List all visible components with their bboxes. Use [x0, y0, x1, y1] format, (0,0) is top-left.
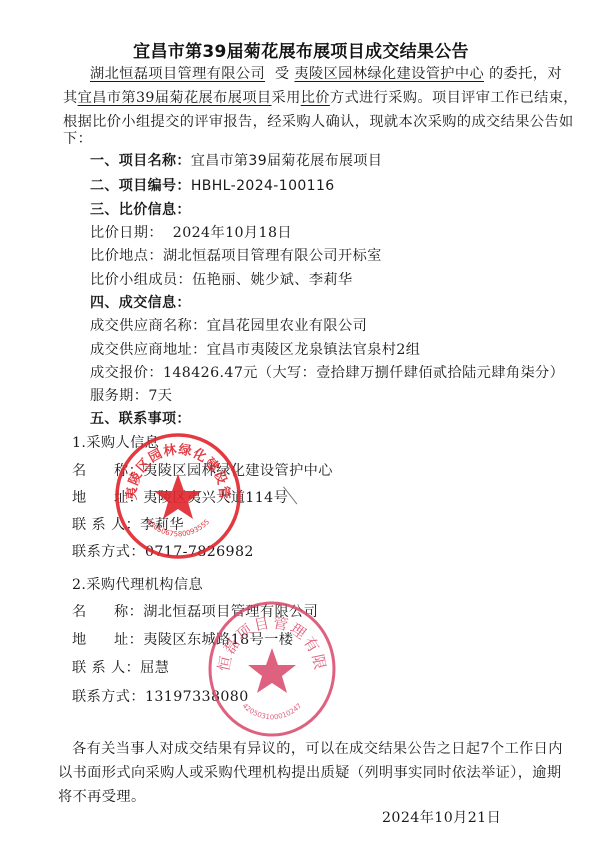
entrust-text: 的委托，对 — [489, 66, 562, 82]
section-value: 宜昌市第39届菊花展布展项目 — [191, 153, 382, 169]
field-label: 比价日期： — [90, 225, 163, 241]
purchaser-name: 名称：夷陵区园林绿化建设管护中心 — [72, 462, 333, 480]
field-value: 148426.47元（大写：壹拾肆万捌仟肆佰贰拾陆元肆角柒分） — [163, 365, 564, 381]
agency-name: 名称：湖北恒磊项目管理有限公司 — [72, 603, 318, 621]
field-label-a: 地 — [72, 489, 114, 507]
closing-date: 2024年10月21日 — [382, 809, 501, 827]
agency-contact-person: 联 系 人：屈慧 — [72, 659, 169, 677]
method-prefix: 采用 — [272, 90, 301, 106]
comparison-place: 比价地点：湖北恒磊项目管理有限公司开标室 — [90, 247, 382, 265]
field-label: 比价地点： — [90, 248, 163, 264]
field-label-b: 称： — [114, 604, 143, 620]
intro-line-1: 湖北恒磊项目管理有限公司 受 夷陵区园林绿化建设管护中心 的委托，对 — [90, 65, 562, 83]
field-value: 伍艳丽、姚少斌、李莉华 — [192, 272, 352, 288]
field-label-b: 称： — [114, 463, 143, 479]
section-label: 五、联系事项： — [90, 411, 191, 427]
method-underlined: 比价 — [301, 90, 330, 106]
receive-word: 受 — [275, 66, 290, 82]
field-label: 联系方式： — [72, 689, 145, 705]
supplier-name: 成交供应商名称：宜昌花园里农业有限公司 — [90, 317, 367, 335]
field-label: 比价小组成员： — [90, 272, 192, 288]
field-label: 成交报价： — [90, 365, 163, 381]
field-value: 2024年10月18日 — [173, 225, 292, 241]
intro-line-3: 根据比价小组提交的评审报告，经采购人确认，现就本次采购的成交结果公告如 — [63, 113, 574, 131]
intro-line-2-suffix: 方式进行采购。项目评审工作已结束， — [330, 90, 578, 106]
agency-name-underlined: 湖北恒磊项目管理有限公司 — [90, 66, 265, 82]
deal-price: 成交报价：148426.47元（大写：壹拾肆万捌仟肆佰贰拾陆元肆角柒分） — [90, 364, 564, 382]
field-value: 湖北恒磊项目管理有限公司开标室 — [163, 248, 382, 264]
closing-line-2: 以书面形式向采购人或采购代理机构提出质疑（列明事实同时依法举证），逾期 — [58, 764, 561, 782]
section-label: 四、成交信息： — [90, 295, 191, 311]
field-label: 联 系 人： — [72, 660, 140, 676]
section-label: 三、比价信息： — [90, 202, 191, 218]
supplier-address: 成交供应商地址：宜昌市夷陵区龙泉镇法官泉村2组 — [90, 341, 420, 359]
field-value: 夷陵区东城路18号一楼 — [143, 632, 293, 648]
section-value: HBHL-2024-100116 — [191, 178, 335, 194]
intro-line-4: 下： — [63, 130, 92, 148]
agency-phone: 联系方式：13197338080 — [72, 688, 249, 706]
document-title: 宜昌市第39届菊花展布展项目成交结果公告 — [0, 37, 602, 62]
field-label: 联系方式： — [72, 544, 145, 560]
field-label: 服务期： — [90, 388, 148, 404]
field-value: 13197338080 — [145, 689, 249, 705]
field-value: 湖北恒磊项目管理有限公司 — [143, 604, 318, 620]
purchaser-contact-person: 联 系 人：李莉华 — [72, 516, 184, 534]
field-label-b: 址： — [114, 490, 143, 506]
field-value: 7天 — [148, 388, 172, 404]
comparison-members: 比价小组成员：伍艳丽、姚少斌、李莉华 — [90, 271, 353, 289]
field-value: 屈慧 — [140, 660, 169, 676]
purchaser-phone: 联系方式：0717-7826982 — [72, 543, 254, 561]
field-value: 李莉华 — [140, 517, 184, 533]
section-project-number: 二、项目编号：HBHL-2024-100116 — [90, 177, 335, 195]
comparison-date: 比价日期： 2024年10月18日 — [90, 224, 292, 242]
purchaser-address: 地址：夷陵区夷兴大道114号 — [72, 489, 288, 507]
field-value: 宜昌花园里农业有限公司 — [207, 318, 367, 334]
field-label-a: 名 — [72, 462, 114, 480]
field-label-a: 名 — [72, 603, 114, 621]
field-value: 夷陵区夷兴大道114号 — [143, 490, 288, 506]
agency-info-heading: 2.采购代理机构信息 — [72, 576, 203, 594]
section-label: 二、项目编号： — [90, 178, 191, 194]
field-value: 宜昌市夷陵区龙泉镇法官泉村2组 — [207, 342, 421, 358]
intro-prefix: 其 — [63, 90, 78, 106]
field-label: 成交供应商名称： — [90, 318, 207, 334]
field-value: 0717-7826982 — [145, 544, 254, 560]
field-label: 联 系 人： — [72, 517, 140, 533]
agency-address: 地址：夷陵区东城路18号一楼 — [72, 631, 293, 649]
section-comparison-info: 三、比价信息： — [90, 201, 191, 219]
section-label: 一、项目名称： — [90, 153, 191, 169]
section-deal-info: 四、成交信息： — [90, 294, 191, 312]
field-label-a: 地 — [72, 631, 114, 649]
intro-line-2: 其宜昌市第39届菊花展布展项目采用比价方式进行采购。项目评审工作已结束， — [63, 89, 578, 107]
section-contact: 五、联系事项： — [90, 410, 191, 428]
project-name-underlined: 宜昌市第39届菊花展布展项目 — [78, 90, 272, 106]
closing-line-3: 将不再受理。 — [58, 788, 146, 806]
closing-line-1: 各有关当事人对成交结果有异议的，可以在成交结果公告之日起7个工作日内 — [72, 740, 563, 758]
service-period: 服务期：7天 — [90, 387, 172, 405]
svg-text:420503100010247: 420503100010247 — [241, 702, 304, 721]
purchaser-name-underlined: 夷陵区园林绿化建设管护中心 — [294, 66, 484, 82]
field-label: 成交供应商地址： — [90, 342, 207, 358]
field-label-b: 址： — [114, 632, 143, 648]
section-project-name: 一、项目名称：宜昌市第39届菊花展布展项目 — [90, 152, 382, 170]
purchaser-info-heading: 1.采购人信息 — [72, 434, 159, 452]
field-value: 夷陵区园林绿化建设管护中心 — [143, 463, 333, 479]
